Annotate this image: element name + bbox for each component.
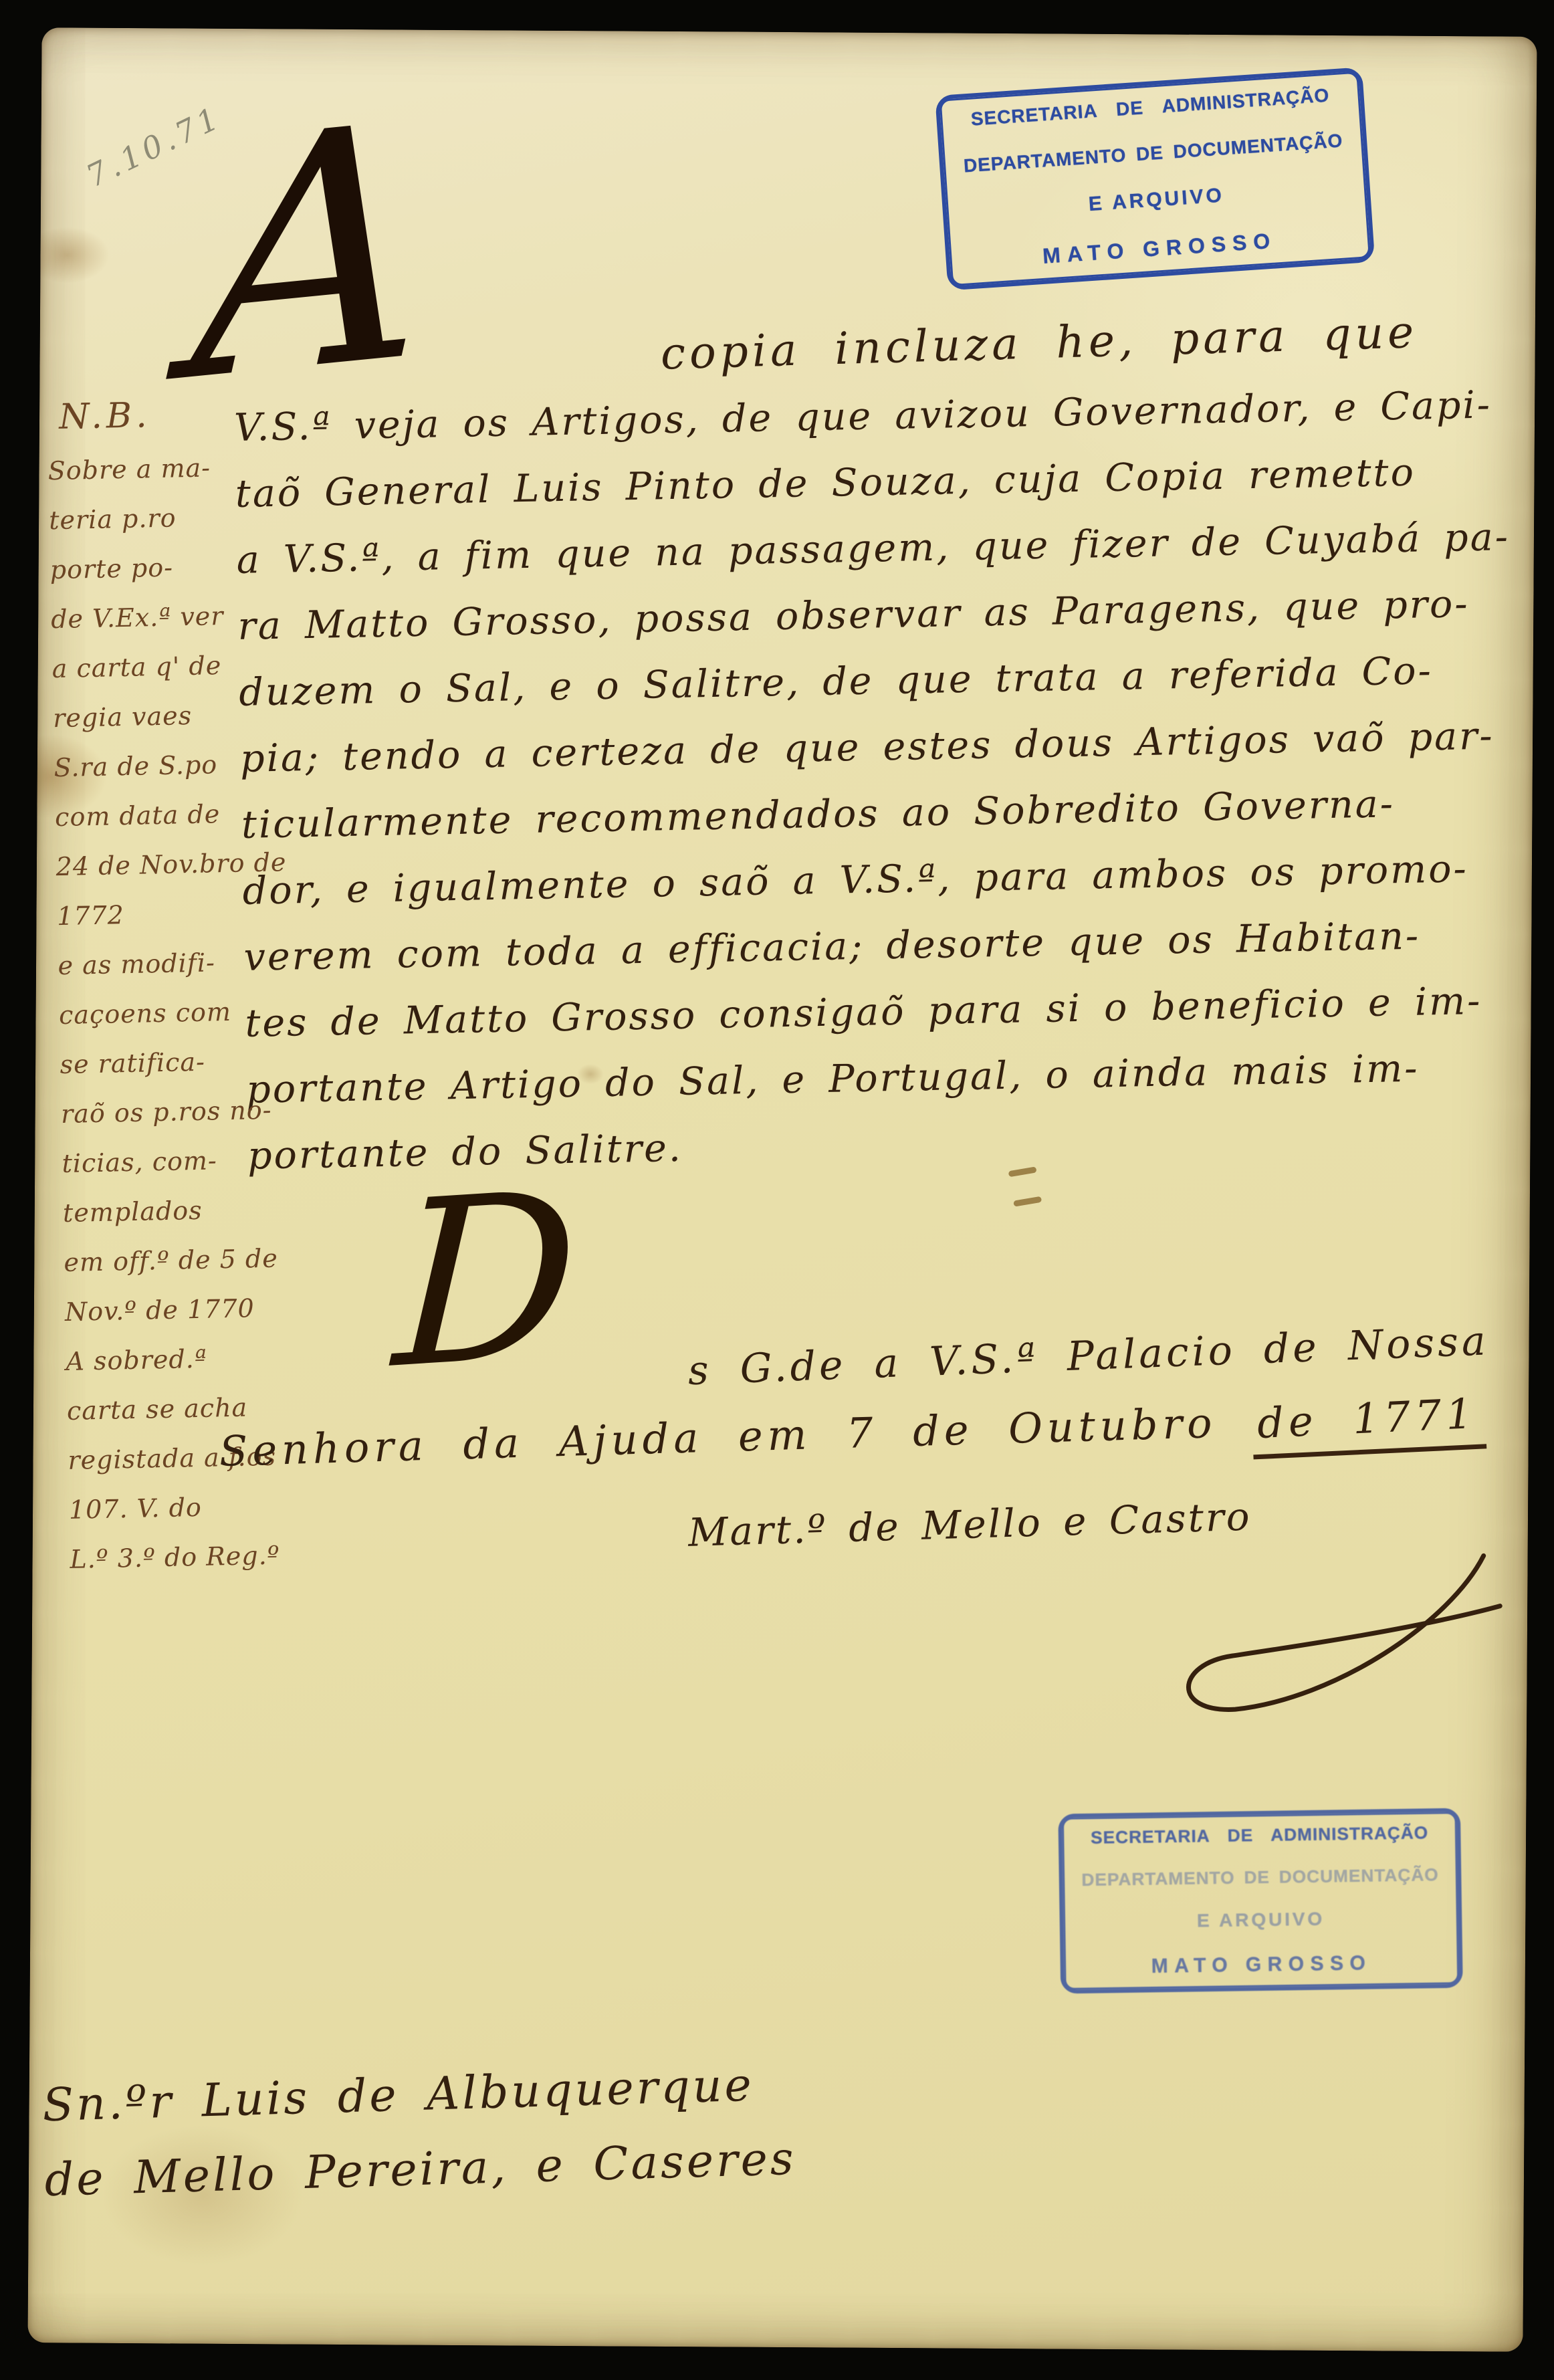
margin-note-line: raõ os p.ros no- (60, 1085, 288, 1139)
stamp-line: E ARQUIVO (1073, 1907, 1449, 1933)
archive-stamp-bottom: SECRETARIA DE ADMINISTRAÇÃO DEPARTAMENTO… (1058, 1808, 1463, 1994)
stamp-line: SECRETARIA DE ADMINISTRAÇÃO (950, 84, 1351, 132)
margin-note-line: regia vaes (52, 689, 280, 743)
margin-note-line: de V.Ex.ª ver (50, 590, 278, 644)
margin-note-line: Sobre a ma- (47, 441, 275, 496)
closing-date: de 1771 (1250, 1388, 1486, 1459)
margin-note-line: porte po- (49, 540, 277, 594)
archive-stamp-top: SECRETARIA DE ADMINISTRAÇÃO DEPARTAMENTO… (935, 67, 1375, 290)
paper: 7.10.71 SECRETARIA DE ADMINISTRAÇÃO DEPA… (27, 27, 1537, 2352)
margin-note-line: S.ra de S.po (53, 738, 282, 792)
stamp-line: DEPARTAMENTO DE DOCUMENTAÇÃO (953, 129, 1353, 177)
closing-line-text: Senhora da Ajuda em 7 de Outubro (219, 1398, 1217, 1476)
margin-note-line: teria p.ro (49, 491, 277, 545)
margin-note-line: 24 de Nov.bro de (55, 837, 284, 891)
stamp-line: SECRETARIA DE ADMINISTRAÇÃO (1071, 1823, 1448, 1848)
margin-note-line: 107. V. do (68, 1481, 296, 1535)
margin-note-line: em off.º de 5 de (64, 1233, 292, 1287)
paragraph-mark-dash (1013, 1196, 1042, 1207)
margin-note-line: a carta q' de (51, 639, 280, 693)
letter-body: V.S.ª veja os Artigos, de que avizou Gov… (233, 370, 1554, 1189)
stamp-line: DEPARTAMENTO DE DOCUMENTAÇÃO (1072, 1864, 1448, 1890)
signature-flourish (1135, 1540, 1511, 1743)
margin-note-line: se ratifica- (60, 1035, 288, 1089)
recipient-address: Sn.ºr Luis de Albuquerque de Mello Perei… (41, 2047, 797, 2218)
heading-line: copia incluza he, para que (660, 306, 1418, 380)
archive-stamp-top-border: SECRETARIA DE ADMINISTRAÇÃO DEPARTAMENTO… (939, 72, 1371, 287)
archive-stamp-bottom-border: SECRETARIA DE ADMINISTRAÇÃO DEPARTAMENTO… (1062, 1812, 1459, 1989)
margin-note-line: caçoens com (58, 986, 286, 1040)
closing-drop-cap: D (391, 1161, 582, 1401)
closing-line: s G.de a V.S.ª Palacio de Nossa (687, 1317, 1490, 1394)
margin-note-line: ticias, com- (62, 1134, 290, 1188)
margin-note-line: 1772 (56, 887, 284, 941)
margin-note-line: templados (62, 1184, 290, 1238)
margin-note-line: L.º 3.º do Reg.º (70, 1530, 298, 1584)
margin-note-line: N.B. (46, 384, 275, 446)
stamp-line: E ARQUIVO (956, 175, 1357, 225)
paragraph-mark (1008, 1166, 1046, 1230)
photo-background: 7.10.71 SECRETARIA DE ADMINISTRAÇÃO DEPA… (0, 0, 1554, 2380)
drop-cap-initial: A (188, 80, 432, 427)
margin-note-line: A sobred.ª (66, 1332, 294, 1386)
margin-note-line: com data de (54, 788, 282, 842)
margin-note: N.B. Sobre a ma- teria p.ro porte po- de… (46, 384, 298, 1584)
stamp-line: MATO GROSSO (960, 223, 1360, 274)
stamp-line: MATO GROSSO (1073, 1950, 1450, 1979)
margin-note-line: e as modifi- (58, 936, 286, 990)
margin-note-line: Nov.º de 1770 (64, 1283, 292, 1337)
